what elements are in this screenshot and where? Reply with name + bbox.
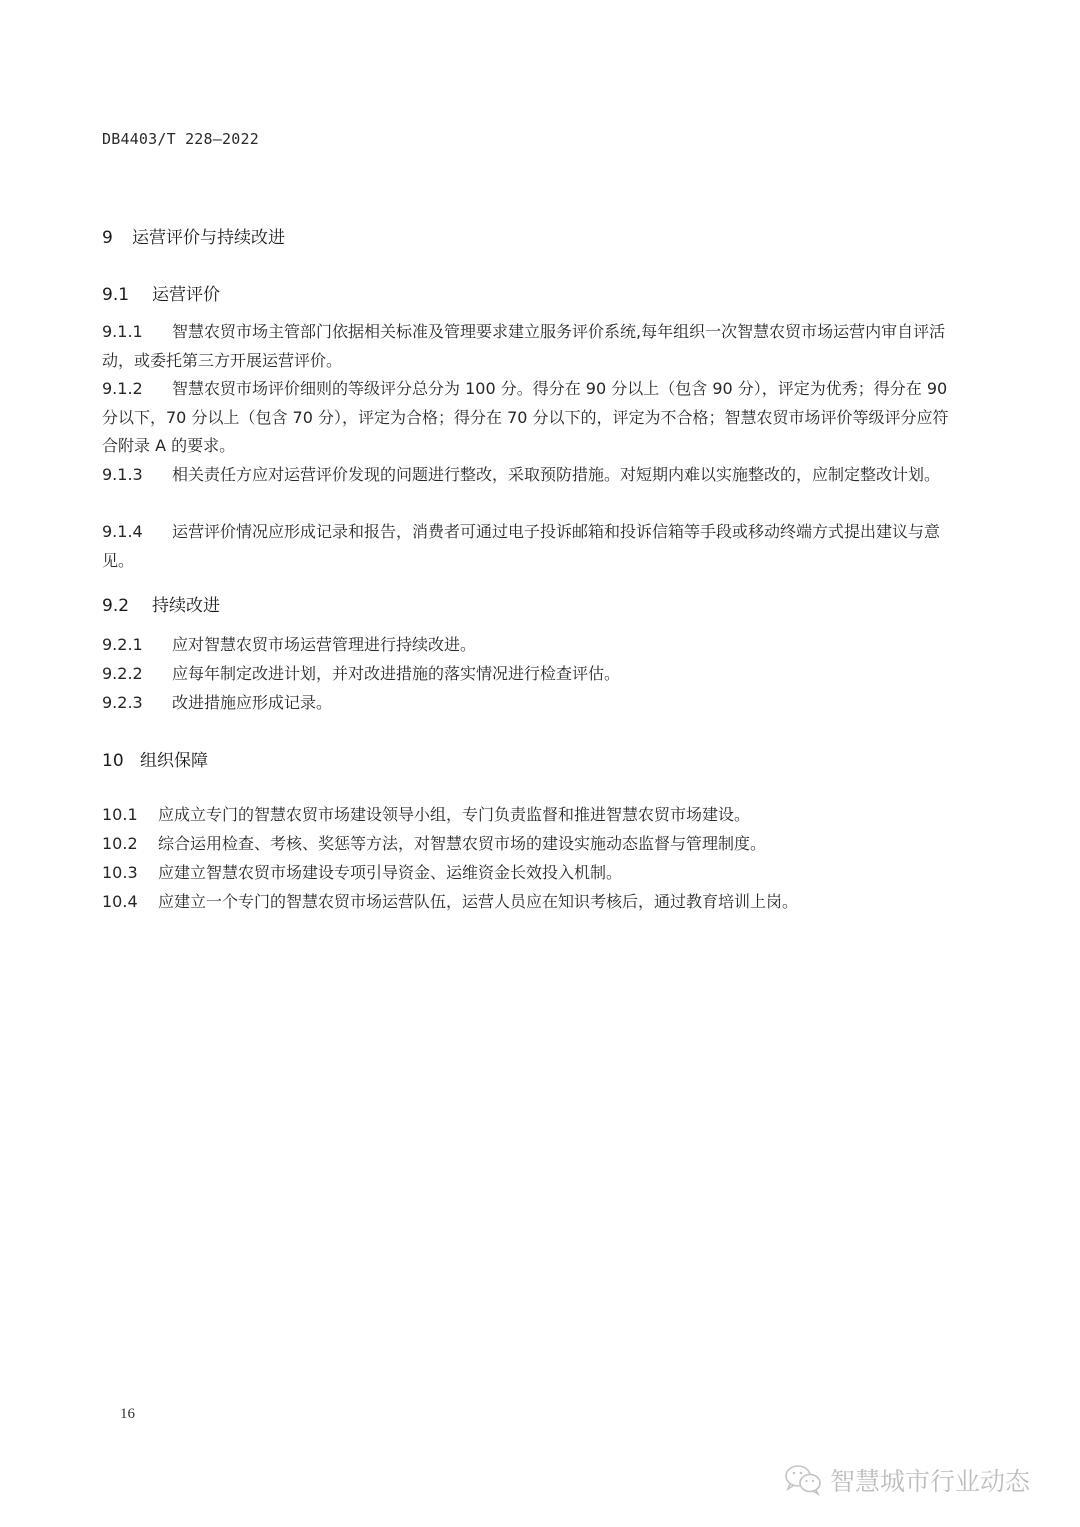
clause-10-2: 10.2综合运用检查、考核、奖惩等方法，对智慧农贸市场的建设实施动态监督与管理制… <box>102 831 766 854</box>
clause-9-2-3: 9.2.3改进措施应形成记录。 <box>102 690 332 713</box>
clause-number: 9.2.2 <box>102 664 172 683</box>
clause-number: 9.1.3 <box>102 461 172 490</box>
clause-text: 应每年制定改进计划，并对改进措施的落实情况进行检查评估。 <box>172 664 620 683</box>
clause-text: 应建立智慧农贸市场建设专项引导资金、运维资金长效投入机制。 <box>158 863 622 882</box>
section-heading-10: 10组织保障 <box>102 746 208 771</box>
clause-number: 9.1.1 <box>102 318 172 347</box>
clause-text: 应成立专门的智慧农贸市场建设领导小组，专门负责监督和推进智慧农贸市场建设。 <box>158 805 750 824</box>
clause-number: 10.4 <box>102 892 158 911</box>
subsection-title: 运营评价 <box>152 285 220 305</box>
clause-number: 10.3 <box>102 863 158 882</box>
section-heading-9: 9运营评价与持续改进 <box>102 223 285 248</box>
clause-text: 智慧农贸市场评价细则的等级评分总分为 100 分。得分在 90 分以上（包含 9… <box>102 379 949 455</box>
section-number: 10 <box>102 751 140 771</box>
watermark: 智慧城市行业动态 <box>784 1462 1030 1498</box>
clause-text: 相关责任方应对运营评价发现的问题进行整改，采取预防措施。对短期内难以实施整改的，… <box>172 465 940 484</box>
clause-text: 应建立一个专门的智慧农贸市场运营队伍，运营人员应在知识考核后，通过教育培训上岗。 <box>158 892 798 911</box>
clause-9-1-2: 9.1.2智慧农贸市场评价细则的等级评分总分为 100 分。得分在 90 分以上… <box>102 375 962 461</box>
clause-number: 10.2 <box>102 834 158 853</box>
clause-text: 综合运用检查、考核、奖惩等方法，对智慧农贸市场的建设实施动态监督与管理制度。 <box>158 834 766 853</box>
clause-10-4: 10.4应建立一个专门的智慧农贸市场运营队伍，运营人员应在知识考核后，通过教育培… <box>102 889 798 912</box>
clause-10-1: 10.1应成立专门的智慧农贸市场建设领导小组，专门负责监督和推进智慧农贸市场建设… <box>102 802 750 825</box>
clause-9-1-4: 9.1.4运营评价情况应形成记录和报告，消费者可通过电子投诉邮箱和投诉信箱等手段… <box>102 518 962 575</box>
clause-text: 运营评价情况应形成记录和报告，消费者可通过电子投诉邮箱和投诉信箱等手段或移动终端… <box>102 522 940 570</box>
clause-9-2-1: 9.2.1应对智慧农贸市场运营管理进行持续改进。 <box>102 632 476 655</box>
clause-number: 10.1 <box>102 805 158 824</box>
subsection-number: 9.1 <box>102 285 152 305</box>
section-number: 9 <box>102 228 132 248</box>
clause-text: 改进措施应形成记录。 <box>172 693 332 712</box>
clause-10-3: 10.3应建立智慧农贸市场建设专项引导资金、运维资金长效投入机制。 <box>102 860 622 883</box>
watermark-text: 智慧城市行业动态 <box>830 1462 1030 1498</box>
subsection-heading-9-1: 9.1运营评价 <box>102 280 220 305</box>
page-number: 16 <box>120 1406 135 1423</box>
wechat-icon <box>784 1464 824 1496</box>
subsection-number: 9.2 <box>102 596 152 616</box>
section-title: 运营评价与持续改进 <box>132 228 285 248</box>
subsection-heading-9-2: 9.2持续改进 <box>102 591 220 616</box>
clause-number: 9.2.3 <box>102 693 172 712</box>
clause-9-2-2: 9.2.2应每年制定改进计划，并对改进措施的落实情况进行检查评估。 <box>102 661 620 684</box>
subsection-title: 持续改进 <box>152 596 220 616</box>
clause-number: 9.2.1 <box>102 635 172 654</box>
clause-number: 9.1.2 <box>102 375 172 404</box>
standard-code: DB4403/T 228—2022 <box>102 130 259 148</box>
clause-number: 9.1.4 <box>102 518 172 547</box>
section-title: 组织保障 <box>140 751 208 771</box>
clause-9-1-1: 9.1.1智慧农贸市场主管部门依据相关标准及管理要求建立服务评价系统,每年组织一… <box>102 318 962 375</box>
clause-9-1-3: 9.1.3相关责任方应对运营评价发现的问题进行整改，采取预防措施。对短期内难以实… <box>102 461 962 490</box>
clause-text: 应对智慧农贸市场运营管理进行持续改进。 <box>172 635 476 654</box>
clause-text: 智慧农贸市场主管部门依据相关标准及管理要求建立服务评价系统,每年组织一次智慧农贸… <box>102 322 945 370</box>
